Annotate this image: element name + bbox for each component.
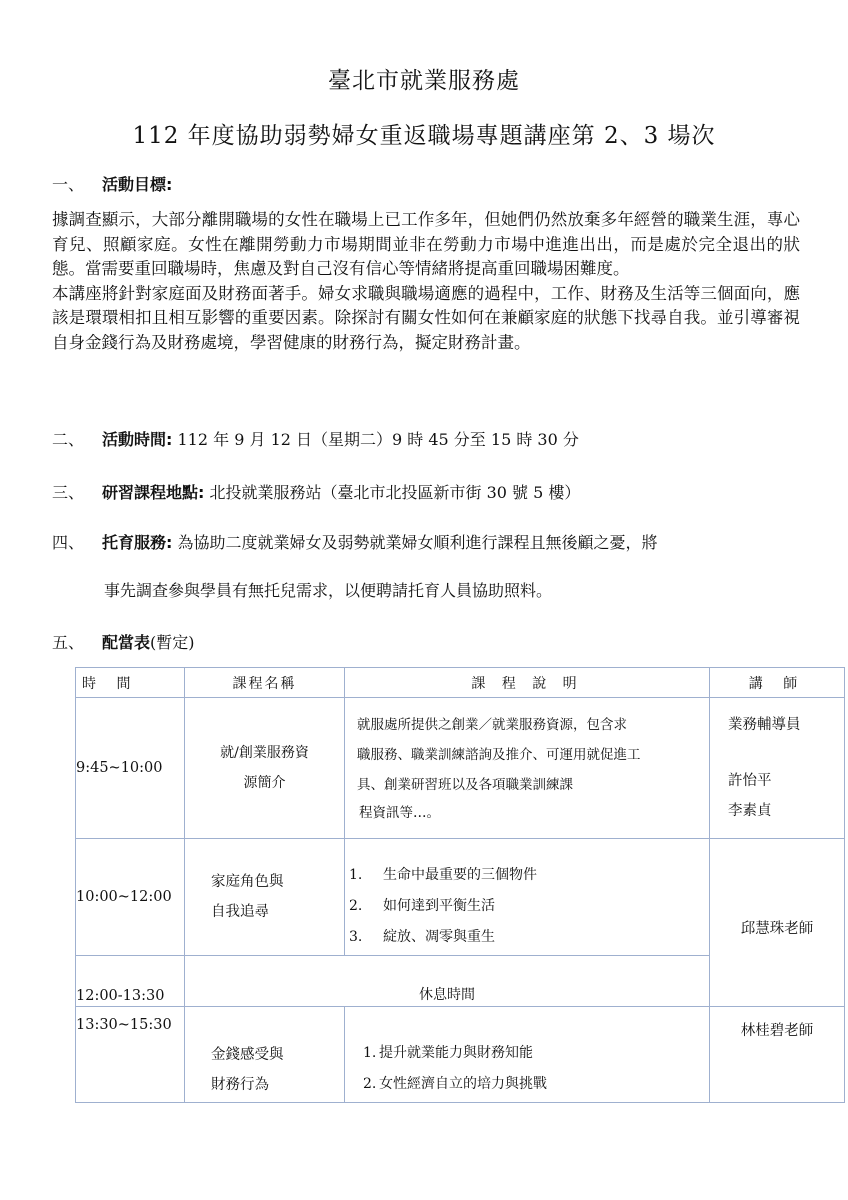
header-course-name: 課程名稱 — [185, 668, 345, 698]
list-item: 1.提升就業能力與財務知能 — [363, 1038, 709, 1069]
row-time: 13:30~15:30 — [76, 1007, 185, 1103]
table-header-row: 時 間 課程名稱 課 程 說 明 講 師 — [76, 668, 845, 698]
location-value: 北投就業服務站（臺北市北投區新市街 30 號 5 樓） — [210, 483, 581, 502]
row-teacher: 邱慧珠老師 — [710, 839, 845, 1007]
row-time: 9:45~10:00 — [76, 698, 185, 839]
row-time: 12:00-13:30 — [76, 956, 185, 1007]
row-course-name: 金錢感受與 財務行為 — [185, 1007, 345, 1103]
document-title: 112 年度協助弱勢婦女重返職場專題講座第 2、3 場次 — [0, 117, 848, 150]
row-teacher: 業務輔導員 許怡平 李素貞 — [710, 698, 845, 839]
course-topics-list: 1.生命中最重要的三個物件 2.如何達到平衡生活 3.綻放、凋零與重生 — [349, 860, 709, 953]
row-time: 10:00~12:00 — [76, 839, 185, 956]
list-item: 3.綻放、凋零與重生 — [349, 922, 709, 953]
header-teacher: 講 師 — [710, 668, 845, 698]
goal-paragraph-2: 本講座將針對家庭面及財務面著手。婦女求職與職場適應的過程中，工作、財務及生活等三… — [52, 282, 800, 356]
table-row: 10:00~12:00 家庭角色與 自我追尋 1.生命中最重要的三個物件 2.如… — [76, 839, 845, 956]
table-row: 9:45~10:00 就/創業服務資 源簡介 就服處所提供之創業／就業服務資源，… — [76, 698, 845, 839]
section-goal-body: 據調查顯示，大部分離開職場的女性在職場上已工作多年，但她們仍然放棄多年經營的職業… — [52, 208, 800, 355]
section-childcare: 四、托育服務: 為協助二度就業婦女及弱勢就業婦女順利進行課程且無後顧之憂，將 — [52, 530, 658, 553]
list-item: 1.生命中最重要的三個物件 — [349, 860, 709, 891]
header-course-desc: 課 程 說 明 — [345, 668, 710, 698]
row-teacher: 林桂碧老師 — [710, 1007, 845, 1103]
childcare-value: 為協助二度就業婦女及弱勢就業婦女順利進行課程且無後顧之憂，將 — [178, 533, 658, 552]
section-location: 三、研習課程地點: 北投就業服務站（臺北市北投區新市街 30 號 5 樓） — [52, 480, 580, 503]
section-time: 二、活動時間: 112 年 9 月 12 日（星期二）9 時 45 分至 15 … — [52, 427, 579, 450]
table-row: 13:30~15:30 金錢感受與 財務行為 1.提升就業能力與財務知能 2.女… — [76, 1007, 845, 1103]
event-time-value: 112 年 9 月 12 日（星期二）9 時 45 分至 15 時 30 分 — [178, 430, 579, 449]
course-topics-list: 1.提升就業能力與財務知能 2.女性經濟自立的培力與挑戰 — [363, 1038, 709, 1100]
childcare-continuation: 事先調查參與學員有無托兒需求，以便聘請托育人員協助照料。 — [104, 578, 552, 601]
list-item: 2.如何達到平衡生活 — [349, 891, 709, 922]
goal-paragraph-1: 據調查顯示，大部分離開職場的女性在職場上已工作多年，但她們仍然放棄多年經營的職業… — [52, 208, 800, 282]
row-course-name: 就/創業服務資 源簡介 — [185, 698, 345, 839]
lunch-break: 休息時間 — [185, 956, 710, 1007]
row-course-name: 家庭角色與 自我追尋 — [185, 839, 345, 956]
org-title: 臺北市就業服務處 — [0, 62, 848, 95]
list-item: 2.女性經濟自立的培力與挑戰 — [363, 1069, 709, 1100]
header-time: 時 間 — [76, 668, 185, 698]
row-course-desc: 1.生命中最重要的三個物件 2.如何達到平衡生活 3.綻放、凋零與重生 — [345, 839, 710, 956]
section-goal-heading: 一、活動目標: — [52, 172, 172, 195]
row-course-desc: 就服處所提供之創業／就業服務資源，包含求 職服務、職業訓練諮詢及推介、可運用就促… — [345, 698, 710, 839]
row-course-desc: 1.提升就業能力與財務知能 2.女性經濟自立的培力與挑戰 — [345, 1007, 710, 1103]
schedule-table: 時 間 課程名稱 課 程 說 明 講 師 9:45~10:00 就/創業服務資 … — [75, 667, 845, 1103]
section-schedule-heading: 五、配當表(暫定) — [52, 630, 195, 653]
